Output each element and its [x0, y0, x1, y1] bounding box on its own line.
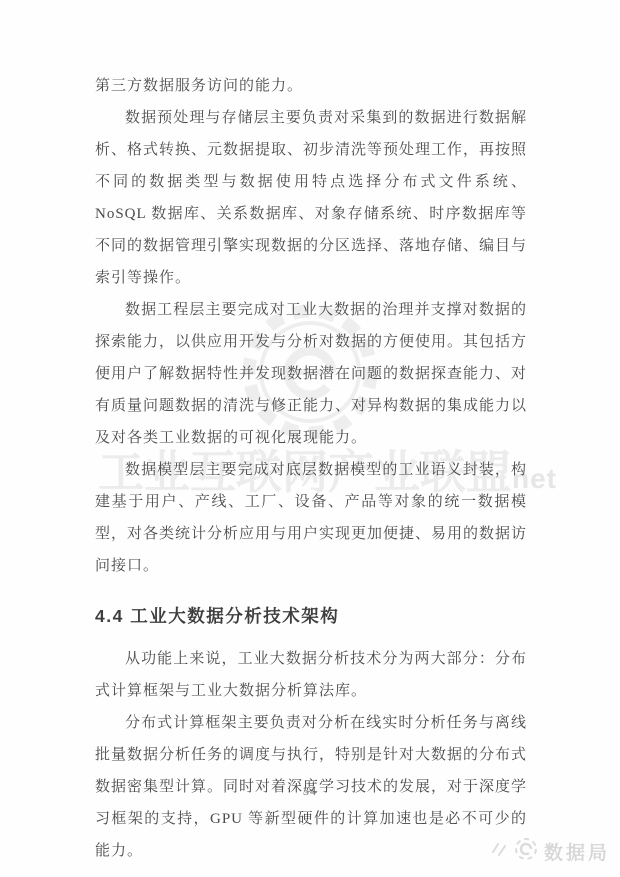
slash-marks-icon: [490, 840, 508, 863]
paragraph-data-engineering: 数据工程层主要完成对工业大数据的治理并支撑对数据的探索能力，以供应用开发与分析对…: [95, 294, 527, 454]
account-logo-circle-icon: [513, 836, 539, 867]
content-area: 第三方数据服务访问的能力。 数据预处理与存储层主要负责对采集到的数据进行数据解析…: [95, 70, 527, 867]
paragraph-continuation: 第三方数据服务访问的能力。: [95, 70, 527, 102]
page-number: 34: [0, 784, 620, 799]
footer-watermark-label: 数据局: [544, 838, 610, 865]
section-heading-4-4: 4.4 工业大数据分析技术架构: [95, 603, 527, 628]
paragraph-data-model: 数据模型层主要完成对底层数据模型的工业语义封装，构建基于用户、产线、工厂、设备、…: [95, 454, 527, 582]
paragraph-analysis-overview: 从功能上来说，工业大数据分析技术分为两大部分：分布式计算框架与工业大数据分析算法…: [95, 643, 527, 707]
footer-watermark: 数据局: [490, 836, 610, 867]
document-page: 工业互联网产业联盟net 第三方数据服务访问的能力。 数据预处理与存储层主要负责…: [0, 0, 620, 877]
paragraph-preprocessing-storage: 数据预处理与存储层主要负责对采集到的数据进行数据解析、格式转换、元数据提取、初步…: [95, 102, 527, 294]
